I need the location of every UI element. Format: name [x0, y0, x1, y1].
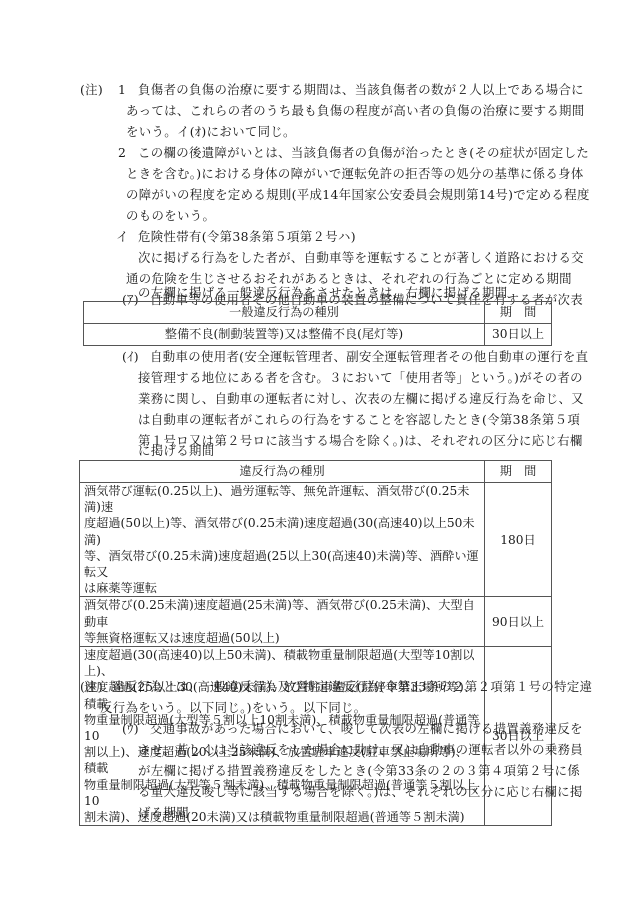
section-title: 危険性帯有(令第38条第５項第２号ハ): [138, 226, 356, 247]
period-cell: 30日以上: [485, 324, 552, 346]
table-row: 整備不良(制動装置等)又は整備不良(尾灯等) 30日以上: [84, 324, 552, 346]
general-violation-table: 一般違反行為の種別 期 間 整備不良(制動装置等)又は整備不良(尾灯等) 30日…: [83, 301, 552, 346]
note-text: あっては、これらの者のうち最も負傷の程度が高い者の負傷の治療に要する期間: [126, 100, 585, 121]
section-marker: イ: [116, 226, 129, 247]
item-text: る重大違反唆し等に該当する場合を除く。)は、それぞれの区分に応じ右欄に掲: [138, 781, 583, 802]
item-text: 自動車の使用者(安全運転管理者、副安全運転管理者その他自動車の運行を直: [150, 346, 588, 367]
note-label: (注): [80, 79, 103, 100]
note-text: 反行為をいう。以下同じ。)をいう。以下同じ。: [100, 697, 367, 718]
note-text: ときを含む。)における身体の障がいで運転免許の拒否等の処分の基準に係る身体: [126, 163, 584, 184]
item-text: 交通事故があった場合において、唆して次表の左欄に掲げる措置義務違反を: [150, 718, 583, 739]
note-text: のものをいう。: [126, 205, 215, 226]
item-text: が左欄に掲げる措置義務違反をしたとき(令第33条の２の３第４項第２号に係: [138, 760, 580, 781]
item-text: の左欄に掲げる一般違反行為をさせたときは、右欄に掲げる期間: [138, 282, 507, 303]
item-text: に掲げる期間: [138, 440, 214, 461]
period-cell: 90日以上: [485, 597, 552, 647]
table-header-violation: 違反行為の種別: [80, 461, 485, 483]
table-header-violation: 一般違反行為の種別: [84, 302, 485, 324]
item-text: させ、若しくは当該違反をした場合に助け、又は自動車の運転者以外の乗務員: [138, 739, 583, 760]
violation-cell: 酒気帯び(0.25未満)速度超過(25未満)等、酒気帯び(0.25未満)、大型自…: [80, 597, 485, 647]
table-header-period: 期 間: [485, 461, 552, 483]
note-text: 負傷者の負傷の治療に要する期間は、当該負傷者の数が２人以上である場合に: [138, 79, 584, 100]
item-text: 業務に関し、自動車の運転者に対し、次表の左欄に掲げる違反行為を命じ、又: [138, 388, 584, 409]
note-label: (注): [80, 676, 103, 697]
item-text: げる期間: [138, 802, 189, 823]
note-number: 2: [118, 142, 126, 163]
item-marker: (ｳ): [122, 718, 139, 739]
violation-cell: 酒気帯び運転(0.25以上)、過労運転等、無免許運転、酒気帯び(0.25未満)速…: [80, 483, 485, 597]
period-cell: 180日: [485, 483, 552, 597]
item-text: 接管理する地位にある者を含む。３において「使用者等」という。)がその者の: [138, 367, 583, 388]
note-text: この欄の後遺障がいとは、当該負傷者の負傷が治ったとき(その症状が固定した: [138, 142, 589, 163]
table-row: 酒気帯び(0.25未満)速度超過(25未満)等、酒気帯び(0.25未満)、大型自…: [80, 597, 552, 647]
section-intro: 次に掲げる行為をした者が、自動車等を運転することが著しく道路における交: [138, 247, 584, 268]
note-number: 1: [118, 79, 126, 100]
note-text: の障がいの程度を定める規則(平成14年国家公安委員会規則第14号)で定める程度: [126, 184, 590, 205]
note-text: をいう。イ(ｵ)において同じ。: [126, 121, 296, 142]
item-text: は自動車の運転者がこれらの行為をすることを容認したとき(令第38条第５項: [138, 409, 580, 430]
item-marker: (ｲ): [122, 346, 139, 367]
violation-cell: 整備不良(制動装置等)又は整備不良(尾灯等): [84, 324, 485, 346]
note-text: 違反行為とは、一般違反行為及び特定違反行為(令第33条の２第２項第１号の特定違: [112, 676, 592, 697]
table-row: 酒気帯び運転(0.25以上)、過労運転等、無免許運転、酒気帯び(0.25未満)速…: [80, 483, 552, 597]
table-header-period: 期 間: [485, 302, 552, 324]
